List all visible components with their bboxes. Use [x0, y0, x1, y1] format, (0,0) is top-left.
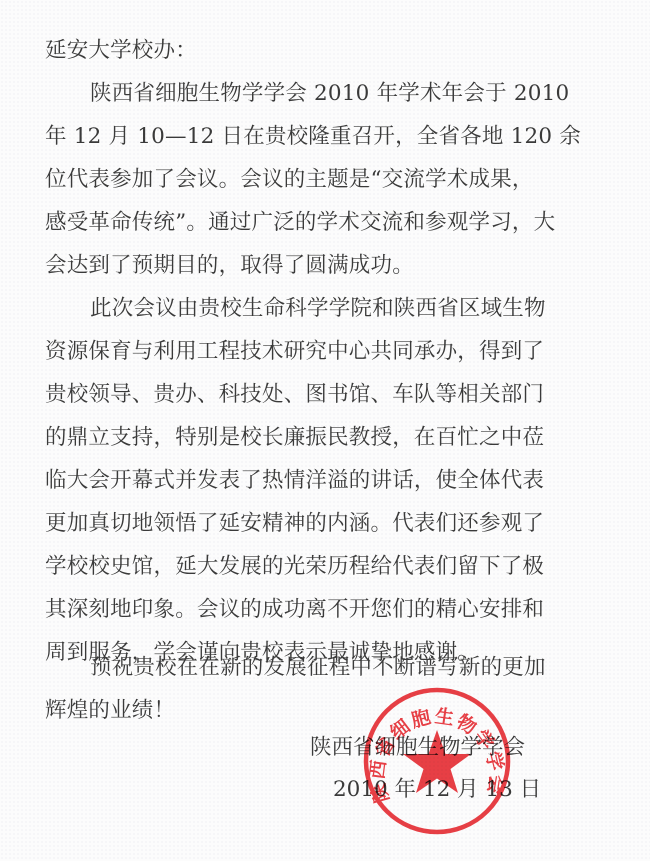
- star-icon: [403, 730, 471, 793]
- paragraph-1-line: 陕西省细胞生物学学会 2010 年学术年会于 2010: [90, 81, 569, 107]
- paragraph-2-line: 贵校领导、贵办、科技处、图书馆、车队等相关部门: [45, 382, 544, 408]
- paragraph-2-line: 的鼎立支持，特别是校长廉振民教授，在百忙之中莅: [45, 425, 544, 451]
- paragraph-2-line: 学校校史馆，延大发展的光荣历程给代表们留下了极: [45, 554, 544, 580]
- paragraph-1-line: 感受革命传统”。通过广泛的学术交流和参观学习，大: [45, 210, 555, 236]
- scanned-letter-page: 延安大学校办： 陕西省细胞生物学学会 2010 年学术年会于 2010 年 12…: [0, 0, 650, 861]
- paragraph-1-line: 位代表参加了会议。会议的主题是“交流学术成果，: [45, 167, 534, 193]
- paragraph-1-line: 年 12 月 10—12 日在贵校隆重召开，全省各地 120 余: [45, 124, 581, 150]
- paragraph-3-line: 预祝贵校在在新的发展征程中不断谱写新的更加: [90, 655, 546, 681]
- official-seal-stamp: 陕西省细胞生物学学会: [362, 686, 512, 836]
- paragraph-3-line: 辉煌的业绩！: [45, 698, 175, 724]
- paragraph-2-line: 临大会开幕式并发表了热情洋溢的讲话，使全体代表: [45, 468, 544, 494]
- salutation: 延安大学校办：: [45, 38, 197, 64]
- paragraph-2-line: 更加真切地领悟了延安精神的内涵。代表们还参观了: [45, 511, 544, 537]
- paragraph-2-line: 此次会议由贵校生命科学学院和陕西省区域生物: [90, 296, 546, 322]
- paragraph-1-line: 会达到了预期目的，取得了圆满成功。: [45, 253, 414, 279]
- paragraph-2-line: 其深刻地印象。会议的成功离不开您们的精心安排和: [45, 597, 544, 623]
- paragraph-2-line: 资源保育与利用工程技术研究中心共同承办，得到了: [45, 339, 544, 365]
